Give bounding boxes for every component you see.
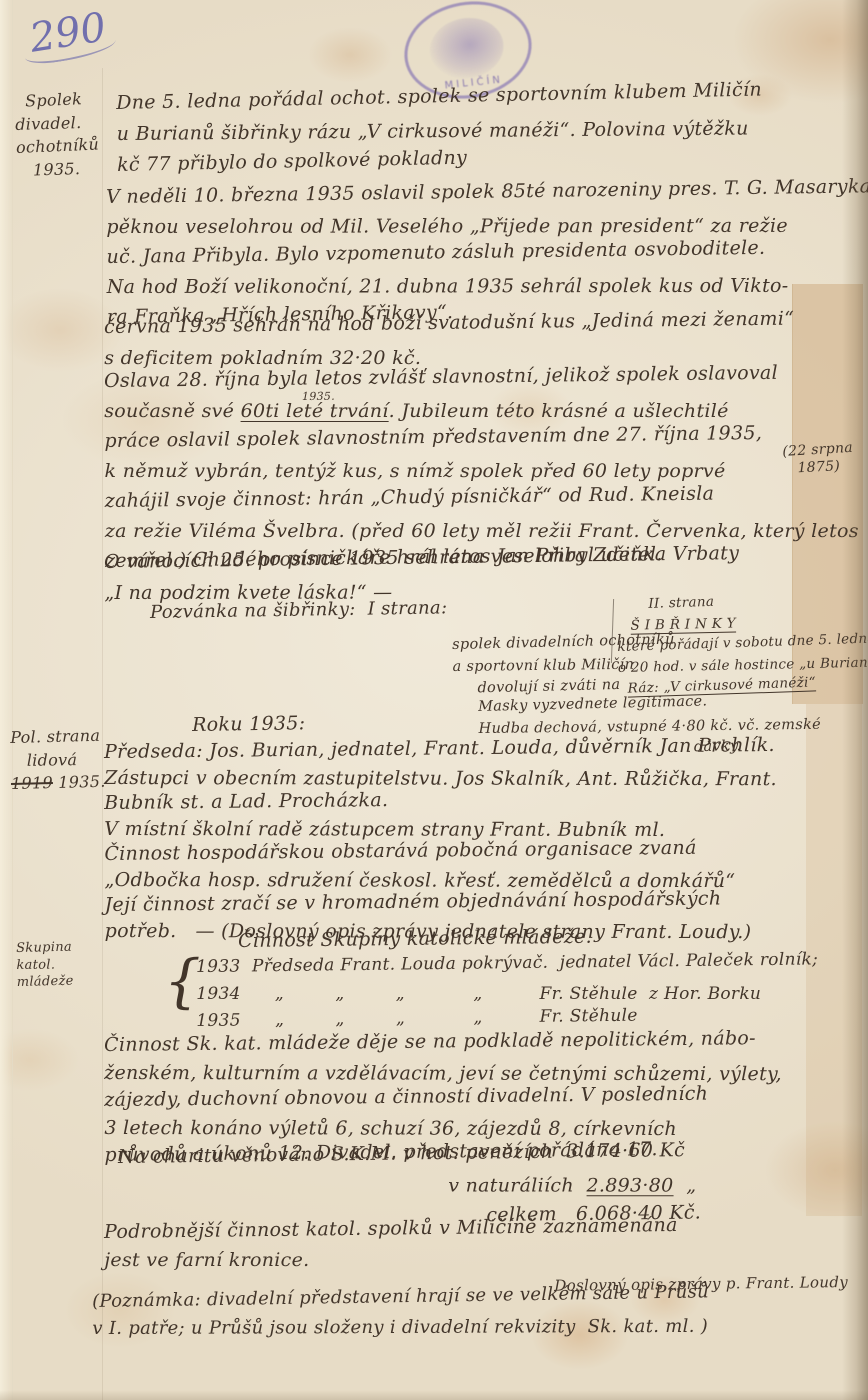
page-bottom-edge (0, 1390, 868, 1400)
handwritten-line: Pozvánka na šibřinky: I strana: (150, 596, 448, 625)
page-right-edge (842, 0, 868, 1400)
youth-committee-rows: 1933 Předseda Frant. Louda pokrývač. jed… (196, 951, 819, 1035)
para-lidova-strana: Předseda: Jos. Burian, jednatel, Frant. … (104, 738, 777, 944)
handwritten-line: mládeže (17, 973, 74, 991)
note-letos-1935: 1935. (302, 391, 335, 403)
handwritten-line: 1935. (16, 156, 100, 181)
page-number: 290 (19, 3, 118, 67)
handwritten-line: 1935. (302, 391, 335, 403)
handwritten-line: Roku 1935: (192, 710, 306, 738)
handwritten-line: Skupina (16, 939, 73, 957)
handwritten-line: Činnost Sk. kat. mládeže děje se na podk… (104, 1025, 782, 1060)
chronicle-page: 290 MILIČÍN Spolekdivadel.ochotníků 1935… (0, 0, 868, 1400)
handwritten-line: Na charitu věnováno S.K.M. v hot. penězí… (118, 1135, 701, 1172)
handwritten-line: katol. (16, 956, 73, 974)
handwritten-line: v naturáliích 2.893·80 „ (448, 1170, 701, 1200)
handwritten-line: Pol. strana (10, 724, 105, 749)
margin-note-peoples-party: Pol. strana lidová1919 1935. (10, 724, 106, 795)
handwritten-line: zájezdy, duchovní obnovou a činností div… (104, 1080, 782, 1115)
handwritten-line: Spolek (14, 87, 98, 113)
handwritten-line: ochotníků (16, 132, 100, 158)
invitation-right-column: II. strana Š I B Ř I N K Ykteré pořádají… (616, 587, 868, 700)
handwritten-line: lidová (10, 748, 105, 772)
handwritten-line: v I. patře; u Průšů jsou složeny i divad… (92, 1313, 709, 1342)
margin-note-catholic-youth: Skupinakatol.mládeže (16, 939, 74, 991)
handwritten-line: Dne 5. ledna pořádal ochot. spolek se sp… (116, 74, 762, 119)
para-sibrinky: Dne 5. ledna pořádal ochot. spolek se sp… (116, 79, 763, 181)
invitation-heading: Pozvánka na šibřinky: I strana: (150, 598, 447, 625)
para-poznamka: (Poznámka: divadelní představení hrají s… (92, 1283, 709, 1342)
handwritten-line: 1919 1935. (11, 770, 106, 795)
margin-note-theatre-society: Spolekdivadel.ochotníků 1935. (14, 87, 100, 182)
page-left-edge (0, 0, 13, 1400)
heading-roku-1935: Roku 1935: (192, 711, 306, 738)
